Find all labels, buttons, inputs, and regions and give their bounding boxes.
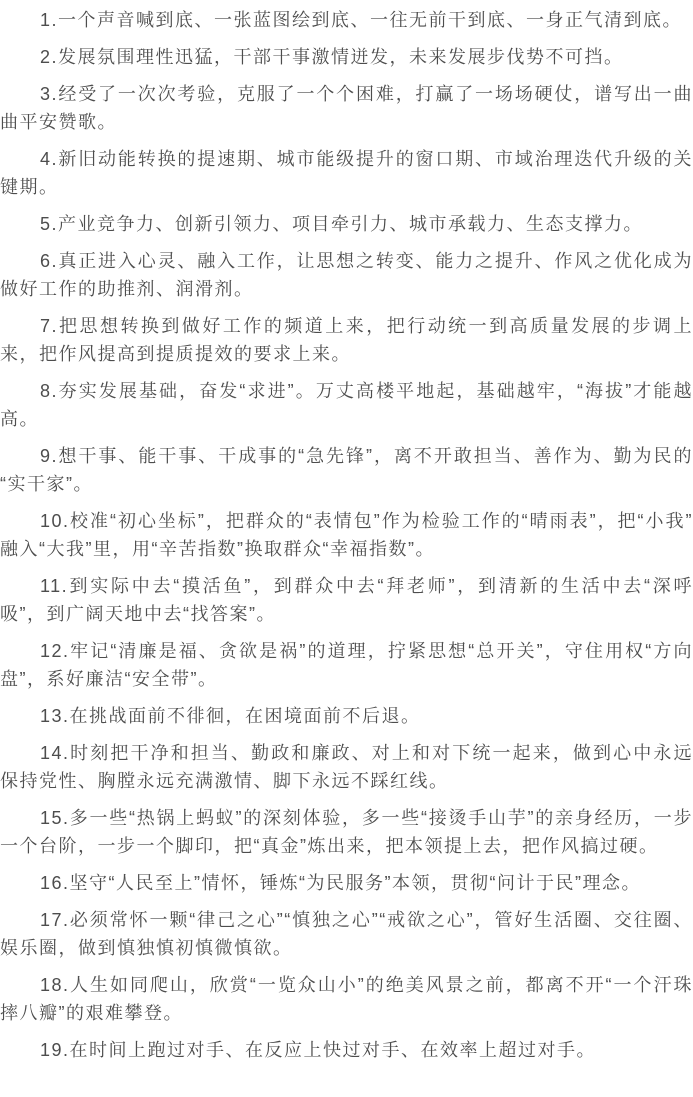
paragraph: 8.夯实发展基础，奋发“求进”。万丈高楼平地起，基础越牢，“海拔”才能越高。 — [0, 377, 693, 433]
paragraph: 3.经受了一次次考验，克服了一个个困难，打赢了一场场硬仗，谱写出一曲曲平安赞歌。 — [0, 80, 693, 136]
paragraph: 7.把思想转换到做好工作的频道上来，把行动统一到高质量发展的步调上来，把作风提高… — [0, 312, 693, 368]
paragraph: 17.必须常怀一颗“律己之心”“慎独之心”“戒欲之心”，管好生活圈、交往圈、娱乐… — [0, 906, 693, 962]
paragraph: 14.时刻把干净和担当、勤政和廉政、对上和对下统一起来，做到心中永远保持党性、胸… — [0, 739, 693, 795]
paragraph: 12.牢记“清廉是福、贪欲是祸”的道理，拧紧思想“总开关”，守住用权“方向盘”，… — [0, 637, 693, 693]
paragraph: 9.想干事、能干事、干成事的“急先锋”，离不开敢担当、善作为、勤为民的“实干家”… — [0, 442, 693, 498]
paragraph: 13.在挑战面前不徘徊，在困境面前不后退。 — [0, 702, 693, 730]
paragraph: 6.真正进入心灵、融入工作，让思想之转变、能力之提升、作风之优化成为做好工作的助… — [0, 247, 693, 303]
paragraph: 2.发展氛围理性迅猛，干部干事激情迸发，未来发展步伐势不可挡。 — [0, 43, 693, 71]
paragraph: 1.一个声音喊到底、一张蓝图绘到底、一往无前干到底、一身正气清到底。 — [0, 6, 693, 34]
document-body: 1.一个声音喊到底、一张蓝图绘到底、一往无前干到底、一身正气清到底。2.发展氛围… — [0, 6, 693, 1064]
paragraph: 5.产业竞争力、创新引领力、项目牵引力、城市承载力、生态支撑力。 — [0, 210, 693, 238]
document-page: 1.一个声音喊到底、一张蓝图绘到底、一往无前干到底、一身正气清到底。2.发展氛围… — [0, 0, 693, 1097]
paragraph: 11.到实际中去“摸活鱼”，到群众中去“拜老师”，到清新的生活中去“深呼吸”，到… — [0, 572, 693, 628]
paragraph: 16.坚守“人民至上”情怀，锤炼“为民服务”本领，贯彻“问计于民”理念。 — [0, 869, 693, 897]
paragraph: 19.在时间上跑过对手、在反应上快过对手、在效率上超过对手。 — [0, 1036, 693, 1064]
paragraph: 4.新旧动能转换的提速期、城市能级提升的窗口期、市域治理迭代升级的关键期。 — [0, 145, 693, 201]
paragraph: 18.人生如同爬山，欣赏“一览众山小”的绝美风景之前，都离不开“一个汗珠摔八瓣”… — [0, 971, 693, 1027]
paragraph: 15.多一些“热锅上蚂蚁”的深刻体验，多一些“接烫手山芋”的亲身经历，一步一个台… — [0, 804, 693, 860]
paragraph: 10.校准“初心坐标”，把群众的“表情包”作为检验工作的“晴雨表”，把“小我”融… — [0, 507, 693, 563]
